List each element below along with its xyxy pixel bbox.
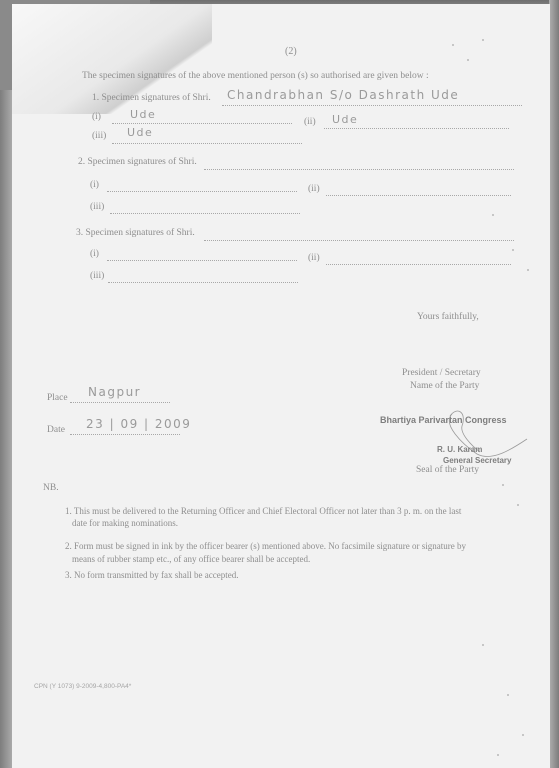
section-2-sig-ii-label: (ii) (308, 184, 320, 194)
date-label: Date (47, 425, 65, 435)
section-2-sig-iii-line (110, 213, 300, 214)
date-line (70, 434, 180, 435)
signature-scribble-icon (432, 404, 532, 464)
scan-speck (492, 214, 494, 216)
scanner-right-edge (549, 0, 559, 768)
section-1-name-value: Chandrabhan S/o Dashrath Ude (227, 88, 459, 102)
scan-speck (502, 484, 504, 486)
section-2-sig-ii-line (326, 195, 511, 196)
place-label: Place (47, 393, 68, 403)
footer-code: CPN (Y 1073) 9-2009-4,800-PA4* (34, 683, 131, 690)
place-line (70, 402, 170, 403)
section-1-sig-i-value: Ude (130, 108, 156, 121)
scan-speck (517, 504, 519, 506)
seal-of-party: Seal of the Party (416, 465, 479, 475)
scan-speck (522, 734, 524, 736)
section-3-sig-ii-label: (ii) (308, 253, 320, 263)
nb-item-1-cont: date for making nominations. (72, 518, 178, 528)
intro-text: The specimen signatures of the above men… (82, 71, 429, 81)
name-of-party: Name of the Party (410, 381, 479, 391)
section-3-sig-i-line (107, 260, 297, 261)
nb-item-3: 3. No form transmitted by fax shall be a… (65, 570, 238, 580)
section-2-sig-iii-label: (iii) (90, 202, 104, 212)
scan-speck (482, 39, 484, 41)
scan-speck (507, 694, 509, 696)
section-1-label: 1. Specimen signatures of Shri. (92, 93, 211, 103)
date-value: 23 | 09 | 2009 (86, 417, 191, 431)
document-page: (2) The specimen signatures of the above… (12, 4, 550, 768)
nb-item-2: 2. Form must be signed in ink by the off… (65, 541, 466, 551)
stamp-designation: General Secretary (443, 456, 512, 465)
page-number: (2) (285, 46, 297, 57)
section-1-sig-i-label: (i) (92, 112, 101, 122)
section-3-sig-iii-label: (iii) (90, 271, 104, 281)
section-3-sig-iii-line (108, 282, 298, 283)
scan-speck (452, 44, 454, 46)
yours-faithfully: Yours faithfully, (417, 312, 479, 322)
nb-item-1: 1. This must be delivered to the Returni… (65, 506, 461, 516)
section-1-name-line (222, 105, 522, 106)
scan-speck (497, 754, 499, 756)
section-3-sig-ii-line (326, 264, 511, 265)
section-2-name-line (204, 169, 514, 170)
section-1-sig-i-line (112, 123, 292, 124)
section-1-sig-iii-value: Ude (127, 126, 153, 139)
president-secretary: President / Secretary (402, 368, 481, 378)
section-2-label: 2. Specimen signatures of Shri. (78, 157, 197, 167)
section-3-sig-i-label: (i) (90, 249, 99, 259)
section-1-sig-iii-line (112, 143, 302, 144)
section-1-sig-ii-value: Ude (332, 113, 358, 126)
section-1-sig-ii-line (324, 128, 509, 129)
section-2-sig-i-line (107, 191, 297, 192)
scan-speck (467, 59, 469, 61)
scan-speck (527, 269, 529, 271)
stamp-person-name: R. U. Karam (437, 445, 482, 454)
section-3-name-line (204, 240, 514, 241)
nb-item-2-cont: means of rubber stamp etc., of any offic… (72, 554, 310, 564)
section-1-sig-ii-label: (ii) (304, 117, 316, 127)
place-value: Nagpur (88, 385, 141, 399)
scan-speck (512, 249, 514, 251)
section-1-sig-iii-label: (iii) (92, 131, 106, 141)
section-2-sig-i-label: (i) (90, 180, 99, 190)
section-3-label: 3. Specimen signatures of Shri. (76, 228, 195, 238)
nb-heading: NB. (43, 483, 59, 493)
scan-speck (482, 644, 484, 646)
